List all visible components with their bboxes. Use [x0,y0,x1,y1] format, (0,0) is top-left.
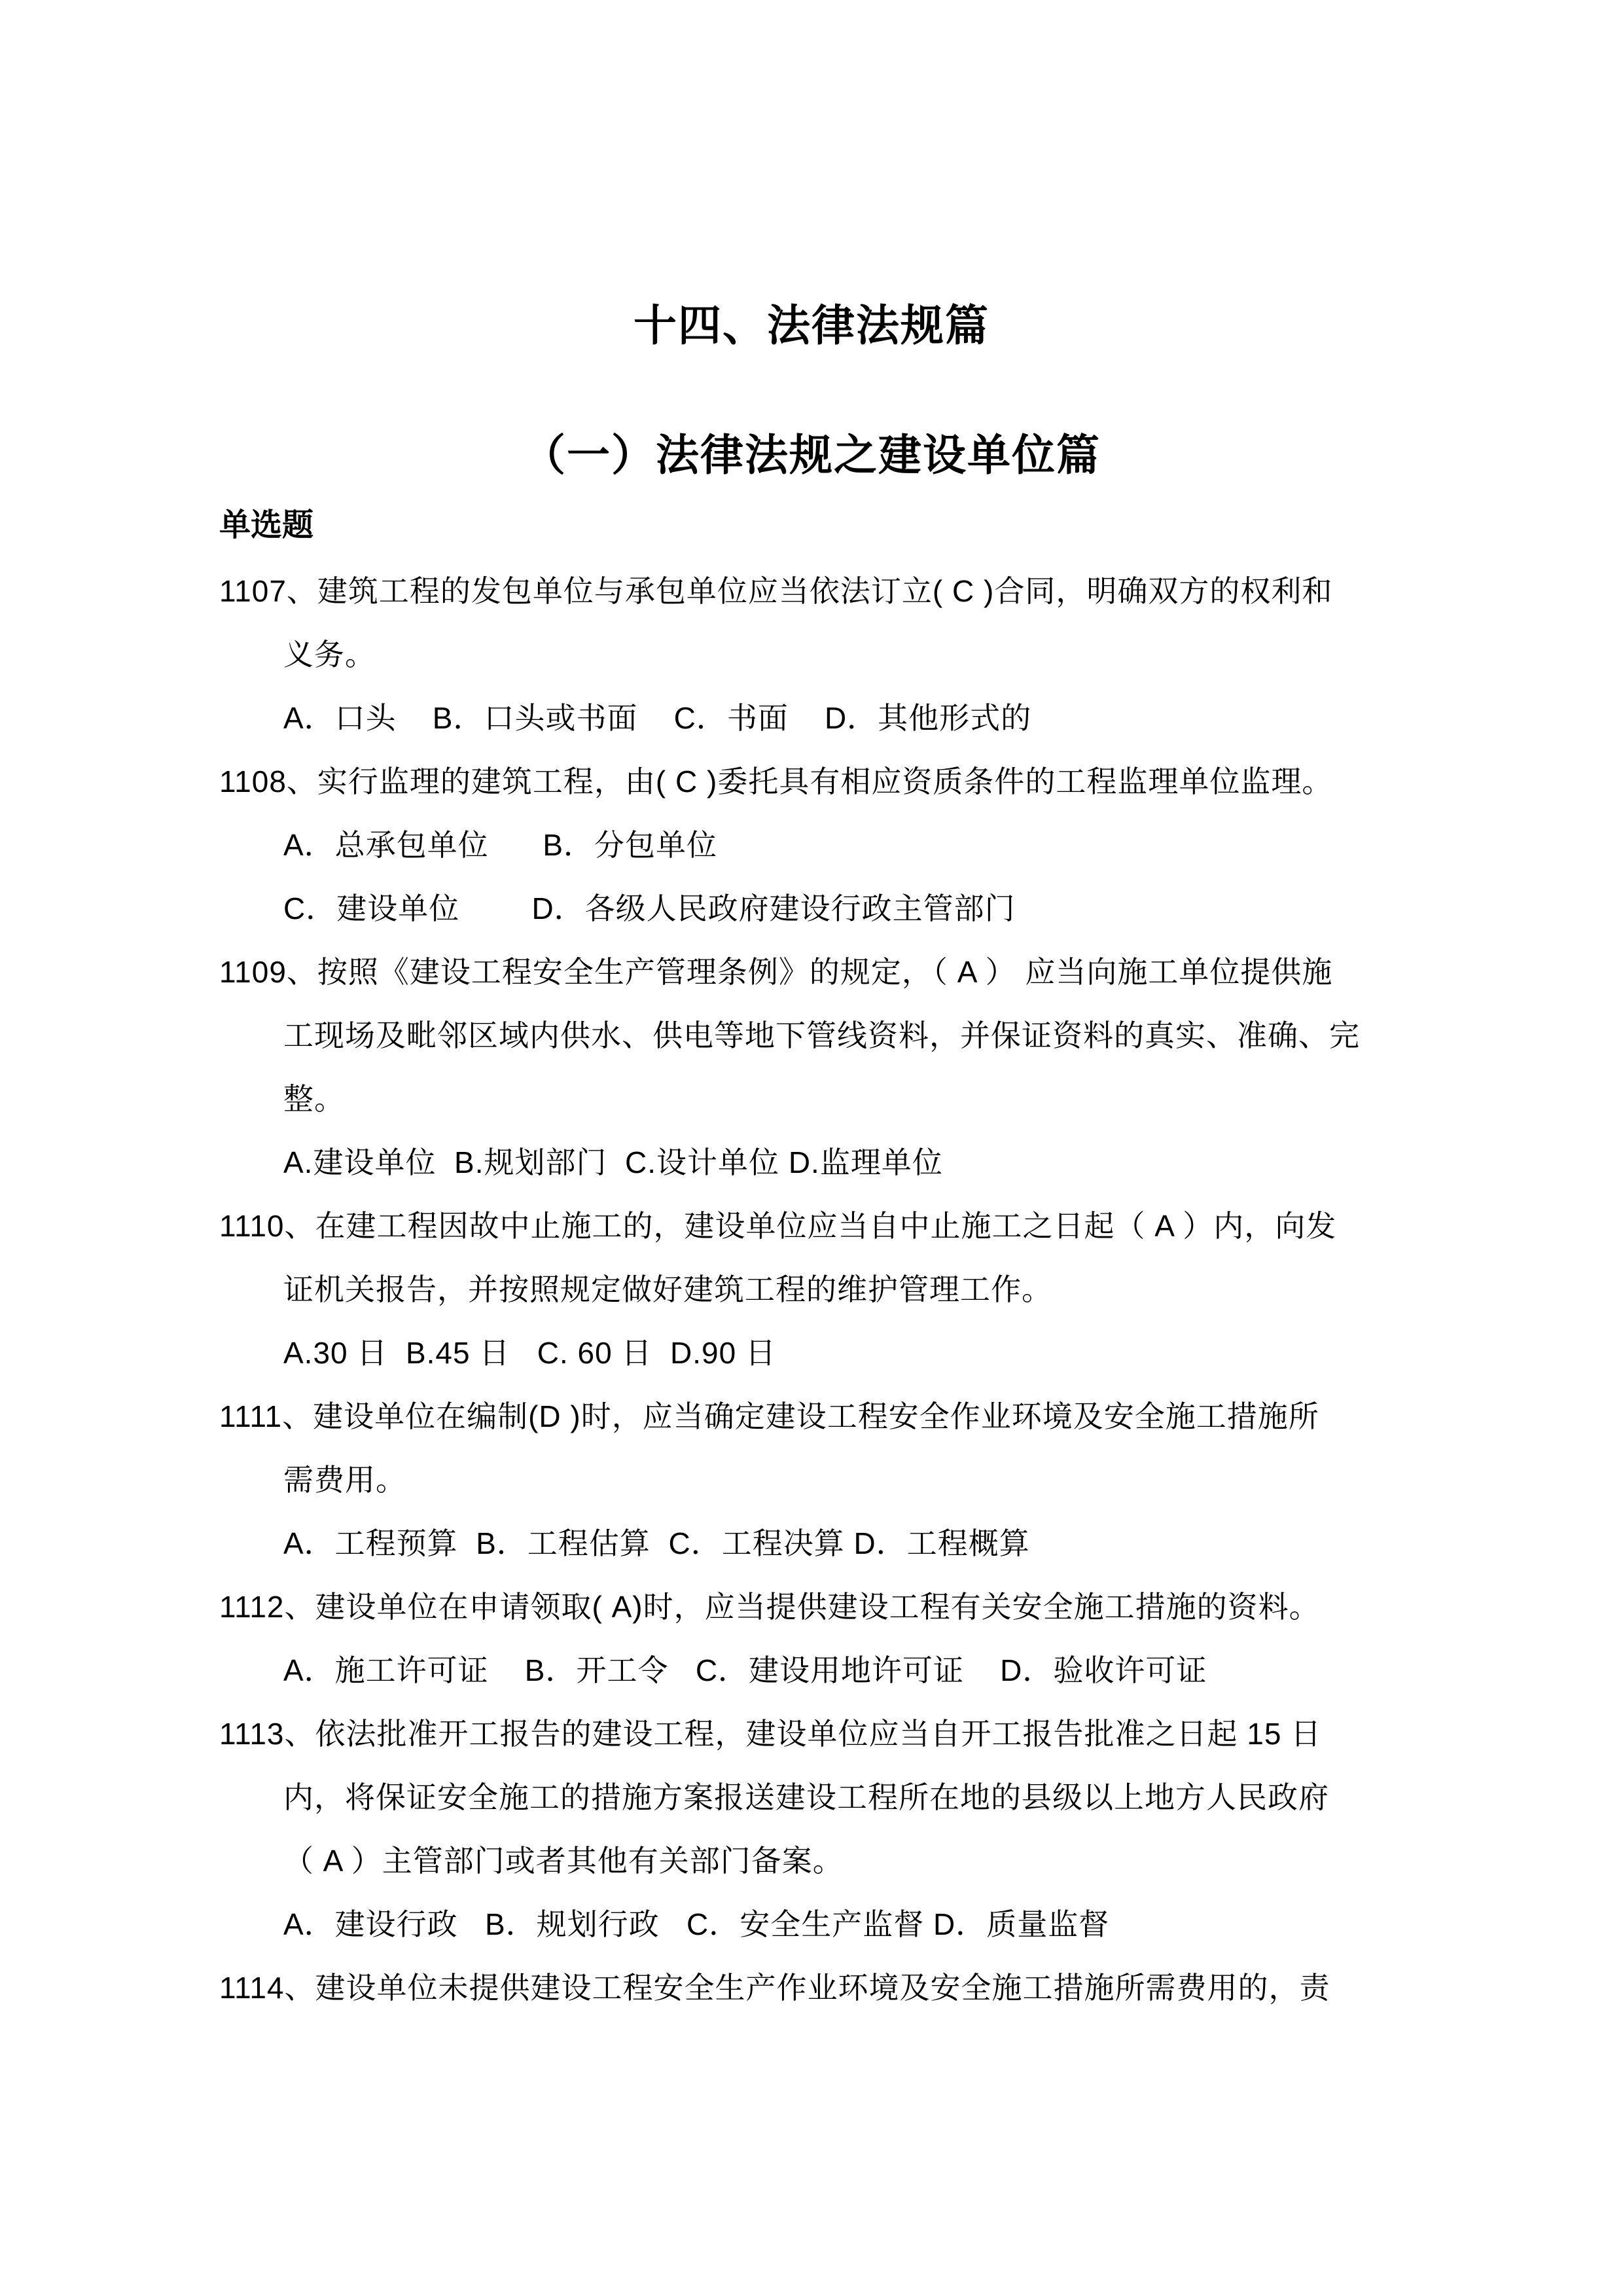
question-1112: 1112、建设单位在申请领取( A)时，应当提供建设工程有关安全施工措施的资料。… [219,1575,1623,1702]
question-options-line: A．总承包单位 B．分包单位 [219,814,1623,877]
question-1113: 1113、依法批准开工报告的建设工程，建设单位应当自开工报告批准之日起 15 日… [219,1702,1623,1956]
question-stem-line: 1108、实行监理的建筑工程，由( C )委托具有相应资质条件的工程监理单位监理… [219,750,1623,814]
question-options-line: A.30 日 B.45 日 C. 60 日 D.90 日 [219,1321,1623,1385]
document-page: 十四、法律法规篇 （一）法律法规之建设单位篇 单选题 1107、建筑工程的发包单… [0,0,1623,2296]
question-stem-line: 1113、依法批准开工报告的建设工程，建设单位应当自开工报告批准之日起 15 日 [219,1702,1623,1766]
question-stem-line: 1114、建设单位未提供建设工程安全生产作业环境及安全施工措施所需费用的，责 [219,1956,1623,2020]
question-stem-line: 1112、建设单位在申请领取( A)时，应当提供建设工程有关安全施工措施的资料。 [219,1575,1623,1639]
question-type-heading: 单选题 [0,507,1623,543]
question-stem-line: 1110、在建工程因故中止施工的，建设单位应当自中止施工之日起（ A ）内，向发 [219,1194,1623,1258]
chapter-title: 十四、法律法规篇 [0,0,1623,348]
question-stem-line: 1111、建设单位在编制(D )时，应当确定建设工程安全作业环境及安全施工措施所 [219,1385,1623,1448]
question-stem-line: 1109、按照《建设工程安全生产管理条例》的规定，（ A ） 应当向施工单位提供… [219,941,1623,1004]
question-continuation-line: 义务。 [219,623,1623,687]
question-options-line: A．口头 B．口头或书面 C．书面 D．其他形式的 [219,687,1623,750]
section-title: （一）法律法规之建设单位篇 [0,432,1623,478]
question-continuation-line: 整。 [219,1067,1623,1131]
question-1107: 1107、建筑工程的发包单位与承包单位应当依法订立( C )合同，明确双方的权利… [219,560,1623,750]
question-1109: 1109、按照《建设工程安全生产管理条例》的规定，（ A ） 应当向施工单位提供… [219,941,1623,1194]
question-continuation-line: （ A ）主管部门或者其他有关部门备案。 [219,1829,1623,1893]
questions-list: 1107、建筑工程的发包单位与承包单位应当依法订立( C )合同，明确双方的权利… [0,560,1623,2020]
question-options-line: A.建设单位 B.规划部门 C.设计单位 D.监理单位 [219,1131,1623,1194]
question-continuation-line: 内，将保证安全施工的措施方案报送建设工程所在地的县级以上地方人民政府 [219,1766,1623,1829]
question-1110: 1110、在建工程因故中止施工的，建设单位应当自中止施工之日起（ A ）内，向发… [219,1194,1623,1385]
question-1108: 1108、实行监理的建筑工程，由( C )委托具有相应资质条件的工程监理单位监理… [219,750,1623,941]
question-continuation-line: 证机关报告，并按照规定做好建筑工程的维护管理工作。 [219,1258,1623,1321]
question-1114: 1114、建设单位未提供建设工程安全生产作业环境及安全施工措施所需费用的，责 [219,1956,1623,2020]
question-1111: 1111、建设单位在编制(D )时，应当确定建设工程安全作业环境及安全施工措施所… [219,1385,1623,1575]
question-continuation-line: 需费用。 [219,1448,1623,1512]
question-options-line: C．建设单位 D．各级人民政府建设行政主管部门 [219,877,1623,941]
question-options-line: A．施工许可证 B．开工令 C．建设用地许可证 D．验收许可证 [219,1639,1623,1702]
question-options-line: A．工程预算 B．工程估算 C．工程决算 D．工程概算 [219,1512,1623,1575]
question-options-line: A．建设行政 B．规划行政 C．安全生产监督 D．质量监督 [219,1893,1623,1956]
question-continuation-line: 工现场及毗邻区域内供水、供电等地下管线资料，并保证资料的真实、准确、完 [219,1004,1623,1067]
question-stem-line: 1107、建筑工程的发包单位与承包单位应当依法订立( C )合同，明确双方的权利… [219,560,1623,623]
